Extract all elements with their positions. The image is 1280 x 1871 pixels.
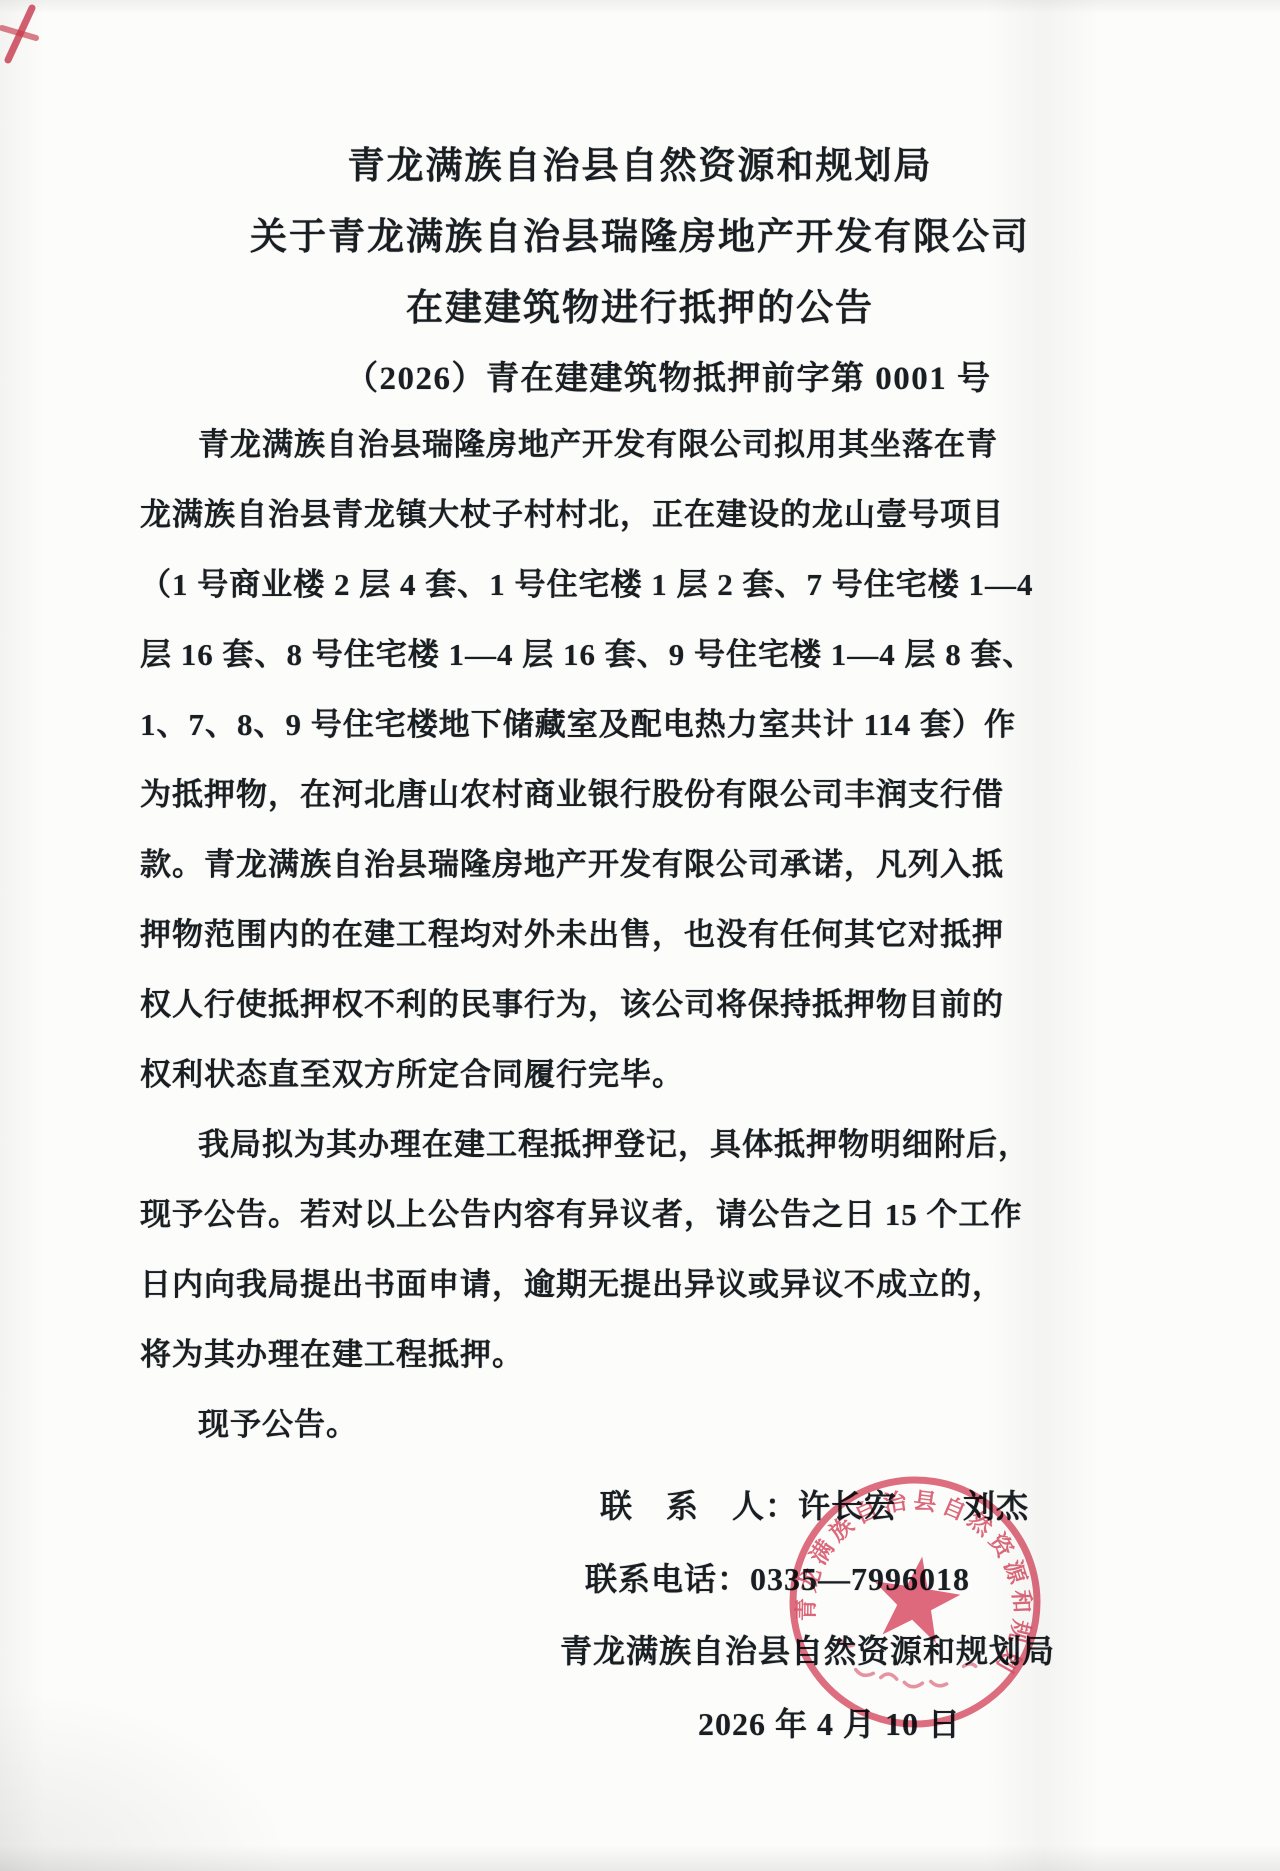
official-seal: 青龙满族自治县自然资源和规划局 <box>748 1431 1081 1773</box>
title-line-subject: 关于青龙满族自治县瑞隆房地产开发有限公司 <box>0 202 1280 273</box>
title-line-notice: 在建建筑物进行抵押的公告 <box>0 273 1280 344</box>
title-line-bureau: 青龙满族自治县自然资源和规划局 <box>0 131 1280 202</box>
seal-star-icon <box>866 1550 965 1646</box>
notice-body: 青龙满族自治县瑞隆房地产开发有限公司拟用其坐落在青 龙满族自治县青龙镇大杖子村村… <box>140 410 972 1460</box>
body-line: 1、7、8、9 号住宅楼地下储藏室及配电热力室共计 114 套）作 <box>140 690 972 760</box>
red-corner-mark-icon <box>0 0 72 72</box>
body-line: 我局拟为其办理在建工程抵押登记，具体抵押物明细附后， <box>140 1110 972 1180</box>
seal-bottom-marks <box>837 1641 977 1696</box>
body-line: 款。青龙满族自治县瑞隆房地产开发有限公司承诺，凡列入抵 <box>140 830 972 900</box>
body-line: 龙满族自治县青龙镇大杖子村村北，正在建设的龙山壹号项目 <box>140 480 972 550</box>
body-line: 为抵押物，在河北唐山农村商业银行股份有限公司丰润支行借 <box>140 760 972 830</box>
case-number: （2026）青在建建筑物抵押前字第 0001 号 <box>345 352 992 399</box>
body-line: 将为其办理在建工程抵押。 <box>140 1320 972 1390</box>
body-line: （1 号商业楼 2 层 4 套、1 号住宅楼 1 层 2 套、7 号住宅楼 1—… <box>140 550 972 620</box>
body-line: 层 16 套、8 号住宅楼 1—4 层 16 套、9 号住宅楼 1—4 层 8 … <box>140 620 972 690</box>
body-line: 青龙满族自治县瑞隆房地产开发有限公司拟用其坐落在青 <box>140 410 972 480</box>
body-line: 押物范围内的在建工程均对外未出售，也没有任何其它对抵押 <box>140 900 972 970</box>
body-line: 权人行使抵押权不利的民事行为，该公司将保持抵押物目前的 <box>140 970 972 1040</box>
document-page: 青龙满族自治县自然资源和规划局 关于青龙满族自治县瑞隆房地产开发有限公司 在建建… <box>0 0 1280 1871</box>
body-line: 日内向我局提出书面申请，逾期无提出异议或异议不成立的， <box>140 1250 972 1320</box>
body-line: 权利状态直至双方所定合同履行完毕。 <box>140 1040 972 1110</box>
document-title: 青龙满族自治县自然资源和规划局 关于青龙满族自治县瑞隆房地产开发有限公司 在建建… <box>0 131 1280 344</box>
body-line: 现予公告。若对以上公告内容有异议者，请公告之日 15 个工作 <box>140 1180 972 1250</box>
